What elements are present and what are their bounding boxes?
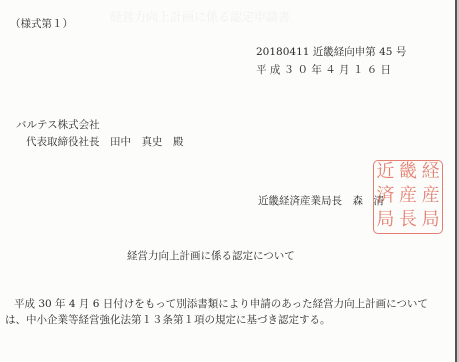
body-line-2: は、中小企業等経営強化法第１３条第１項の規定に基づき認定する。 xyxy=(5,314,331,326)
document-title: 経営力向上計画に係る認定について xyxy=(127,250,295,262)
seal-char: 長 xyxy=(397,209,420,233)
issuer-name: 近畿経済産業局長 森 清 xyxy=(258,195,384,207)
seal-char: 局 xyxy=(374,209,397,233)
document-page: 経営力向上計画に係る認定申請書 （様式第１） 20180411 近畿経向申第 4… xyxy=(0,0,455,362)
form-label: （様式第１） xyxy=(10,18,73,30)
bleed-through-text: 経営力向上計画に係る認定申請書 xyxy=(110,8,290,25)
recipient-company: バルテス株式会社 xyxy=(16,119,100,131)
issue-date: 平 成 ３ ０ 年 ４ 月 １ ６ 日 xyxy=(256,64,391,76)
official-seal: 近 畿 経 済 産 産 局 長 局 xyxy=(373,160,443,234)
seal-char: 局 xyxy=(419,209,442,233)
seal-char: 産 xyxy=(397,185,420,209)
reference-number: 20180411 近畿経向申第 45 号 xyxy=(256,46,406,58)
seal-char: 経 xyxy=(419,161,442,185)
seal-char: 近 xyxy=(374,161,397,185)
recipient-representative: 代表取締役社長 田中 真史 殿 xyxy=(26,136,184,148)
seal-char: 畿 xyxy=(397,161,420,185)
body-line-1: 平成 30 年 4 月 6 日付けをもって別添書類により申請のあった経営力向上計… xyxy=(14,298,428,310)
seal-char: 産 xyxy=(419,185,442,209)
seal-char: 済 xyxy=(374,185,397,209)
